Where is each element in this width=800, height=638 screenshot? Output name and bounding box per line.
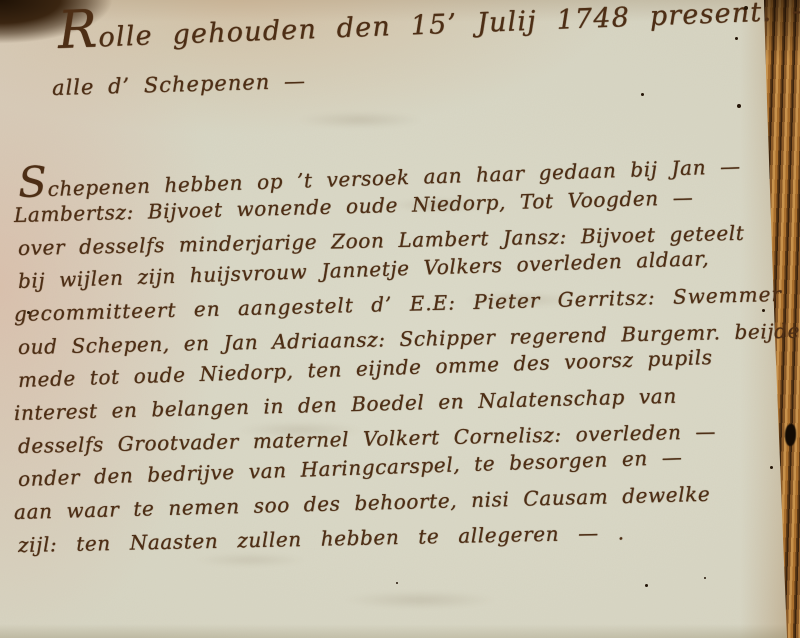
ink-speck: [645, 584, 648, 587]
ink-speck: [770, 466, 773, 469]
binding-ink-blotch: [785, 424, 796, 446]
ink-speck: [744, 6, 748, 10]
manuscript-scan-page: Rolle gehouden den 15’ Julij 1748 presen…: [0, 0, 800, 638]
ink-speck: [641, 93, 644, 96]
manuscript-body: Schepenen hebben op ’t versoek aan haar …: [18, 166, 770, 562]
ink-speck: [704, 577, 706, 579]
ink-speck: [737, 104, 741, 108]
ink-speck: [396, 582, 398, 584]
ink-speck: [735, 37, 738, 40]
ink-speck: [762, 309, 765, 312]
ink-speck: [27, 311, 30, 314]
